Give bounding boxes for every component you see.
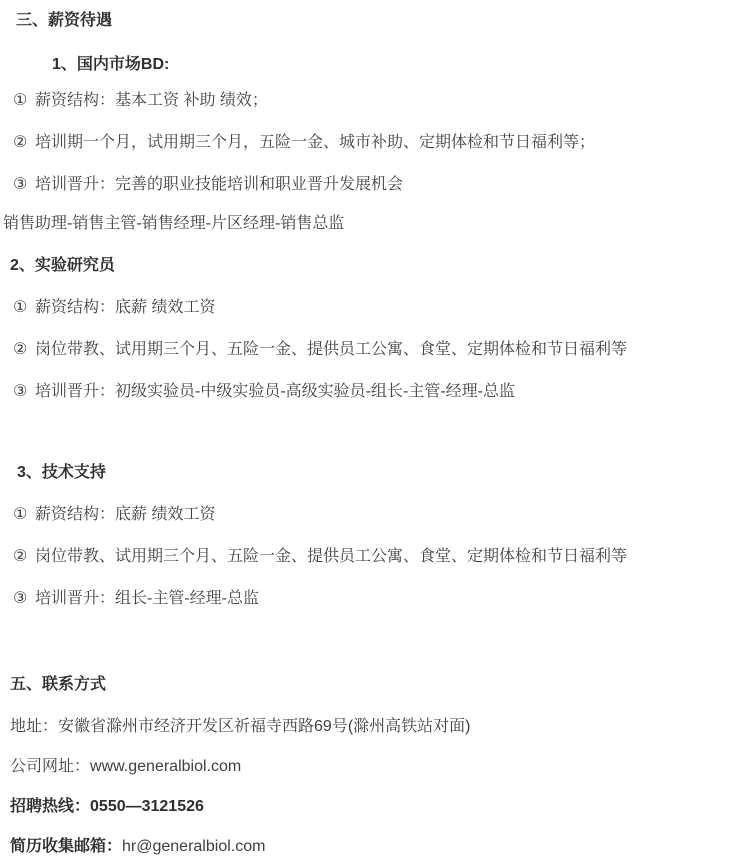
circled-number-icon: ① <box>13 504 35 525</box>
circled-number-icon: ① <box>13 90 35 111</box>
benefit-item-text: 薪资结构：底薪 绩效工资 <box>35 506 215 523</box>
circled-number-icon: ① <box>13 297 35 318</box>
benefit-item-text: 薪资结构：基本工资 补助 绩效； <box>35 92 268 109</box>
benefit-item-text: 岗位带教、试用期三个月、五险一金、提供员工公寓、食堂、定期体检和节日福利等 <box>35 341 627 358</box>
role-title-tech-support: 3、技术支持 <box>17 462 736 483</box>
circled-number-icon: ③ <box>13 588 35 609</box>
contact-website-value: www.generalbiol.com <box>90 758 241 775</box>
contact-hotline-value: 0550—3121526 <box>90 798 204 815</box>
benefit-item: ②岗位带教、试用期三个月、五险一金、提供员工公寓、食堂、定期体检和节日福利等 <box>13 546 736 567</box>
benefit-item: ②岗位带教、试用期三个月、五险一金、提供员工公寓、食堂、定期体检和节日福利等 <box>13 339 736 360</box>
contact-section-heading: 五、联系方式 <box>10 674 736 695</box>
benefit-item: ①薪资结构：基本工资 补助 绩效； <box>13 90 736 111</box>
contact-website-label: 公司网址： <box>10 758 90 775</box>
salary-section-heading: 三、薪资待遇 <box>16 10 736 31</box>
contact-email-line: 简历收集邮箱：hr@generalbiol.com <box>10 836 736 857</box>
contact-address-value: 安徽省滁州市经济开发区祈福寺西路69号(滁州高铁站对面) <box>58 718 470 735</box>
role-title-bd: 1、国内市场BD: <box>52 54 736 75</box>
circled-number-icon: ② <box>13 339 35 360</box>
contact-hotline-label: 招聘热线： <box>10 798 90 815</box>
benefit-item-text: 培训晋升：完善的职业技能培训和职业晋升发展机会 <box>35 176 403 193</box>
contact-email-value: hr@generalbiol.com <box>122 838 265 855</box>
benefit-item-text: 培训晋升：组长-主管-经理-总监 <box>35 590 259 607</box>
circled-number-icon: ② <box>13 546 35 567</box>
benefit-item: ②培训期一个月，试用期三个月，五险一金、城市补助、定期体检和节日福利等； <box>13 132 736 153</box>
benefit-item: ①薪资结构：底薪 绩效工资 <box>13 504 736 525</box>
contact-email-label: 简历收集邮箱： <box>10 838 122 855</box>
benefit-item-text: 培训期一个月，试用期三个月，五险一金、城市补助、定期体检和节日福利等； <box>35 134 595 151</box>
benefit-item: ③培训晋升：初级实验员-中级实验员-高级实验员-组长-主管-经理-总监 <box>13 381 736 402</box>
contact-address-label: 地址： <box>10 718 58 735</box>
circled-number-icon: ③ <box>13 174 35 195</box>
career-path-sales: 销售助理-销售主管-销售经理-片区经理-销售总监 <box>3 213 736 234</box>
benefit-item: ③培训晋升：组长-主管-经理-总监 <box>13 588 736 609</box>
benefit-item-text: 薪资结构：底薪 绩效工资 <box>35 299 215 316</box>
contact-hotline-line: 招聘热线：0550—3121526 <box>10 796 736 817</box>
benefit-item: ①薪资结构：底薪 绩效工资 <box>13 297 736 318</box>
contact-website-line: 公司网址：www.generalbiol.com <box>10 756 736 777</box>
circled-number-icon: ② <box>13 132 35 153</box>
contact-address-line: 地址：安徽省滁州市经济开发区祈福寺西路69号(滁州高铁站对面) <box>10 716 736 737</box>
benefit-item: ③培训晋升：完善的职业技能培训和职业晋升发展机会 <box>13 174 736 195</box>
recruitment-document: 三、薪资待遇 1、国内市场BD: ①薪资结构：基本工资 补助 绩效； ②培训期一… <box>0 0 736 857</box>
circled-number-icon: ③ <box>13 381 35 402</box>
benefit-item-text: 岗位带教、试用期三个月、五险一金、提供员工公寓、食堂、定期体检和节日福利等 <box>35 548 627 565</box>
role-title-researcher: 2、实验研究员 <box>10 255 736 276</box>
benefit-item-text: 培训晋升：初级实验员-中级实验员-高级实验员-组长-主管-经理-总监 <box>35 383 515 400</box>
